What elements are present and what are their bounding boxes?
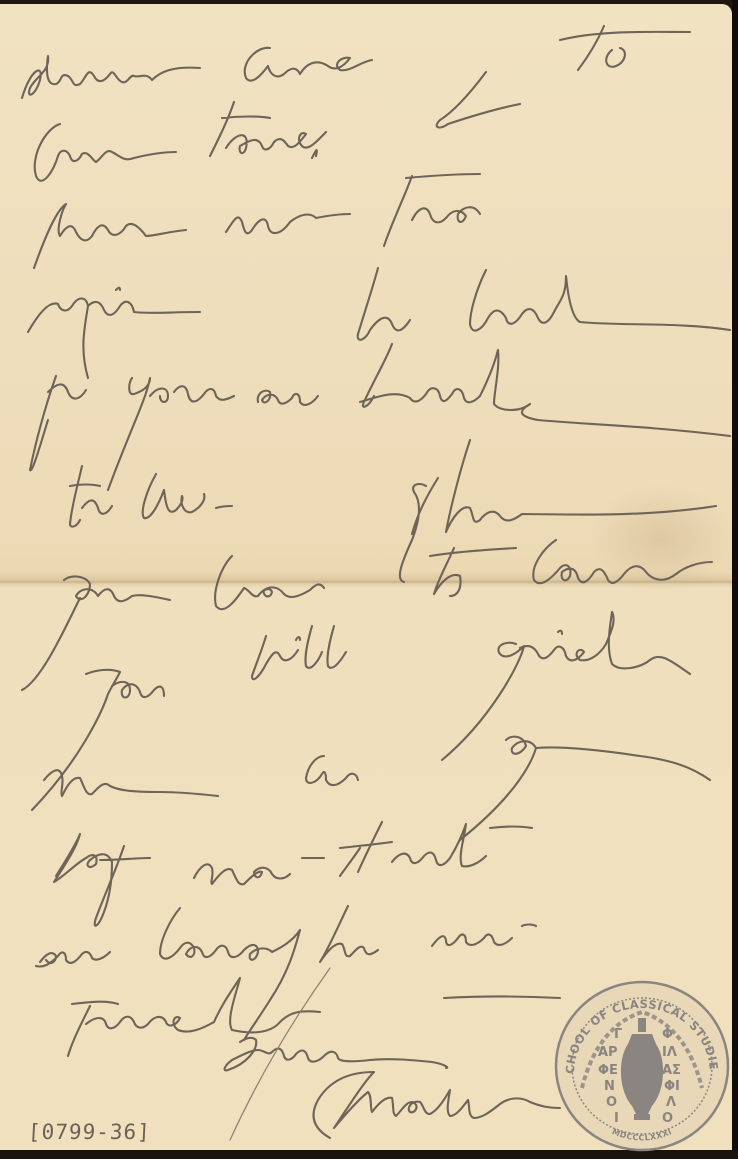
svg-text:Ο: Ο xyxy=(662,1111,673,1126)
svg-text:Ν: Ν xyxy=(604,1079,615,1094)
svg-text:Γ: Γ xyxy=(614,1027,622,1042)
svg-text:ΑΣ: ΑΣ xyxy=(662,1063,681,1078)
svg-text:ΦΕ: ΦΕ xyxy=(598,1063,618,1078)
handwriting-line-4 xyxy=(28,268,730,378)
handwriting-line-7 xyxy=(22,540,712,690)
handwriting-line-9 xyxy=(44,737,710,840)
handwriting-line-12 xyxy=(68,978,560,1056)
handwriting-line-6 xyxy=(70,440,716,582)
handwriting-line-2 xyxy=(35,72,520,181)
svg-text:Φ: Φ xyxy=(662,1027,673,1042)
svg-text:ΙΛ: ΙΛ xyxy=(662,1045,677,1060)
svg-text:ΦΙ: ΦΙ xyxy=(664,1079,680,1094)
handwriting-line-3 xyxy=(34,174,480,268)
svg-text:Λ: Λ xyxy=(666,1095,676,1110)
handwriting-line-1 xyxy=(22,26,690,98)
handwriting-line-10 xyxy=(54,822,532,926)
svg-text:Ο: Ο xyxy=(606,1095,617,1110)
archive-reference-number: [0799-36] xyxy=(27,1120,151,1144)
institution-seal-stamp: AMERICAN SCHOOL OF CLASSICAL STUDIES AT … xyxy=(552,978,732,1153)
handwriting-line-8 xyxy=(32,612,690,810)
signature xyxy=(314,1072,560,1138)
svg-text:ΑΡ: ΑΡ xyxy=(598,1045,618,1060)
svg-text:Ι: Ι xyxy=(614,1111,619,1126)
handwriting-line-5 xyxy=(30,344,730,490)
handwriting-closing xyxy=(225,1038,448,1071)
handwriting-line-11 xyxy=(36,906,536,1040)
